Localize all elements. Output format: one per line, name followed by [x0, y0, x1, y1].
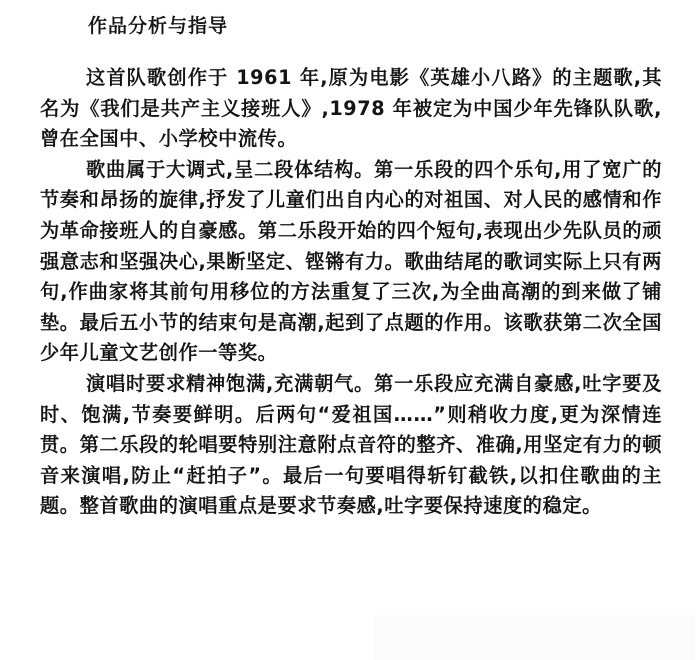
- scan-artifact: [375, 615, 695, 660]
- body-text: 这首队歌创作于 1961 年,原为电影《英雄小八路》的主题歌,其名为《我们是共产…: [40, 63, 662, 522]
- paragraph-background: 这首队歌创作于 1961 年,原为电影《英雄小八路》的主题歌,其名为《我们是共产…: [40, 63, 662, 155]
- paragraph-structure-analysis: 歌曲属于大调式,呈二段体结构。第一乐段的四个乐句,用了宽广的节奏和昂扬的旋律,抒…: [40, 155, 662, 369]
- paragraph-performance-guidance: 演唱时要求精神饱满,充满朝气。第一乐段应充满自豪感,吐字要及时、饱满,节奏要鲜明…: [40, 369, 662, 522]
- section-title: 作品分析与指导: [88, 12, 228, 40]
